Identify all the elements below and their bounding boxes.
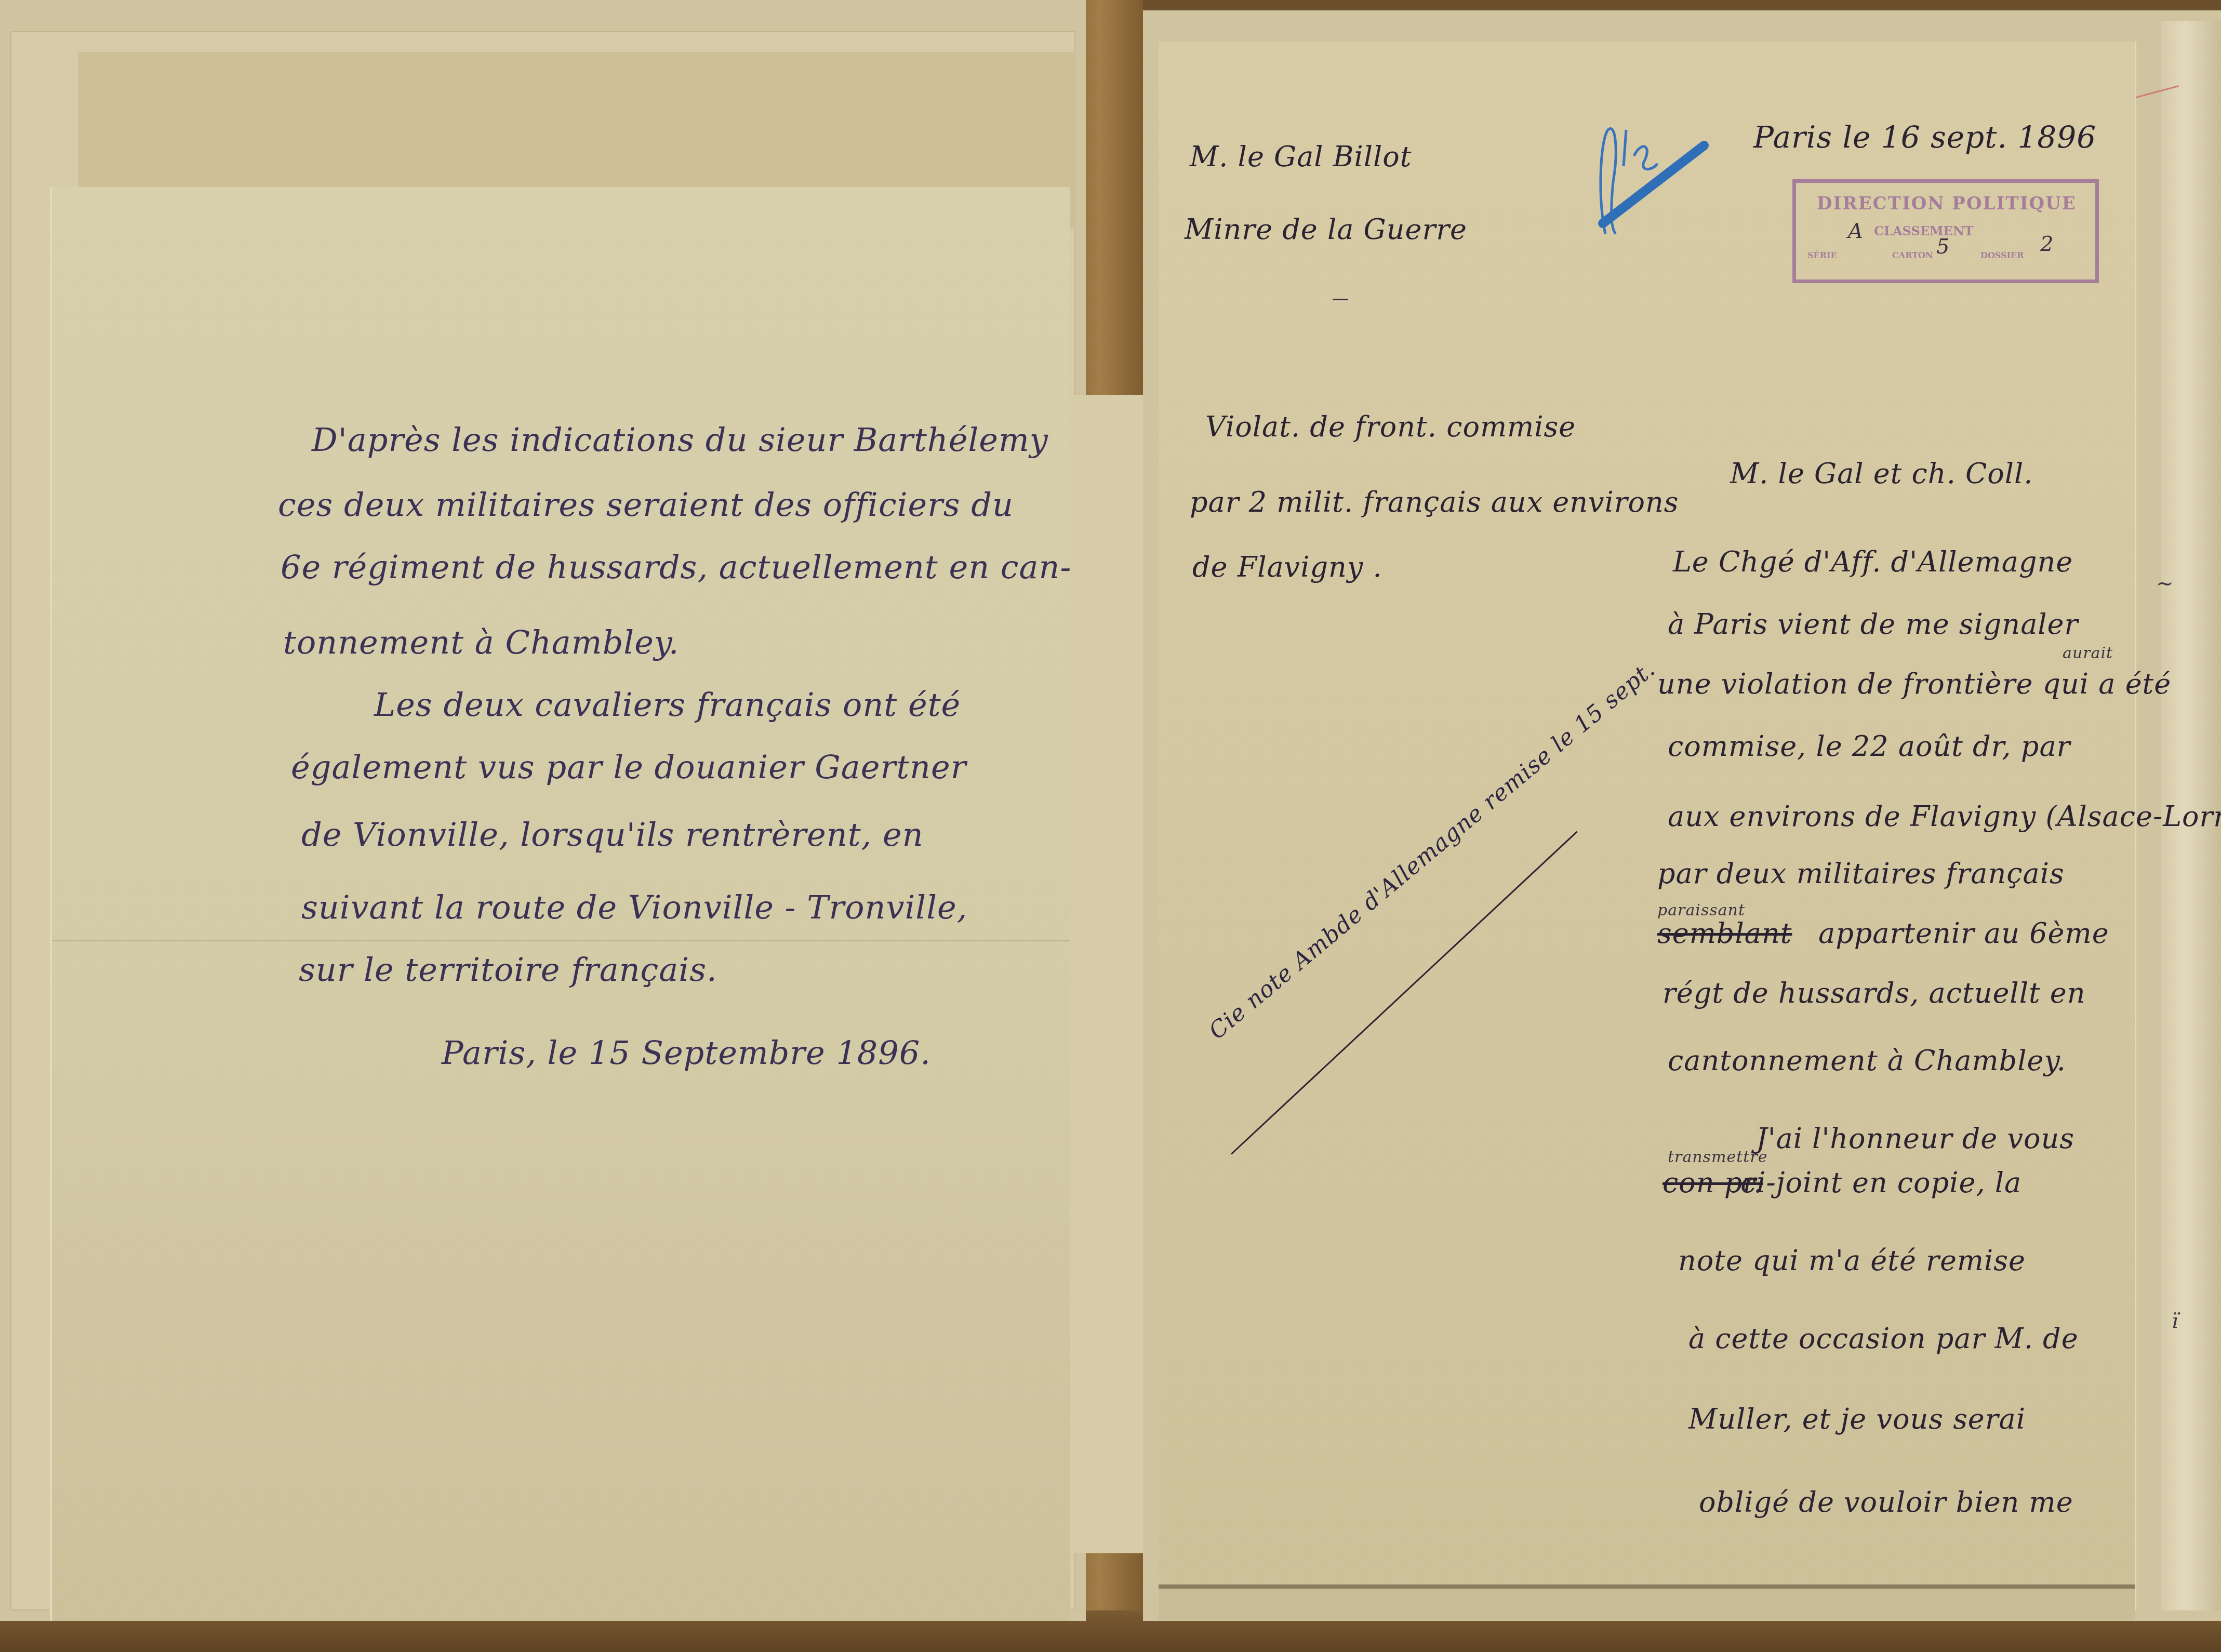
folder-insert-sheet <box>1060 395 1144 1553</box>
stamp-serie-label: SÉRIE <box>1807 250 1837 260</box>
body-line-12: note qui m'a été remise <box>1678 1244 2026 1277</box>
archive-photo: D'après les indications du sieur Barthél… <box>0 0 2221 1652</box>
left-letter-dateline: Paris, le 15 Septembre 1896. <box>442 1034 931 1072</box>
salutation: M. le Gal et ch. Coll. <box>1730 457 2033 490</box>
separator-dash <box>1333 299 1348 300</box>
stamp-serie-value: A <box>1848 219 1863 243</box>
body-line-7-rest: appartenir au 6ème <box>1818 917 2109 950</box>
insertion-aurait: aurait <box>2063 644 2113 662</box>
addressee-line-1: M. le Gal Billot <box>1190 140 1412 173</box>
margin-scribble: ~ <box>2156 571 2174 595</box>
subject-line-1: Violat. de front. commise <box>1205 410 1576 443</box>
left-letter-line-7: de Vionville, lorsqu'ils rentrèrent, en <box>301 816 924 854</box>
body-line-5: aux environs de Flavigny (Alsace-Lorrain… <box>1668 800 2221 833</box>
paper-fold-line <box>52 940 1070 941</box>
left-letter-line-1: D'après les indications du sieur Barthél… <box>312 421 1048 459</box>
body-line-10: J'ai l'honneur de vous <box>1756 1122 2074 1155</box>
left-letter-line-8: suivant la route de Vionville - Tronvill… <box>301 888 967 926</box>
body-line-13: à cette occasion par M. de <box>1688 1322 2079 1355</box>
body-line-3: une violation de frontière qui a été <box>1657 668 2171 700</box>
subject-line-2: par 2 milit. français aux environs <box>1190 486 1679 518</box>
stamp-carton-label: CARTON <box>1892 250 1933 260</box>
body-line-6: par deux militaires français <box>1657 857 2065 890</box>
stamp-dossier-label: DOSSIER <box>1980 250 2024 260</box>
subject-line-3: de Flavigny . <box>1192 551 1382 583</box>
body-line-2: à Paris vient de me signaler <box>1668 608 2078 641</box>
stamp-subtitle: CLASSEMENT <box>1874 223 1974 238</box>
stamp-carton-value: 5 <box>1936 235 1949 259</box>
stamp-title: DIRECTION POLITIQUE <box>1817 193 2077 214</box>
body-line-9: cantonnement à Chambley. <box>1668 1044 2066 1077</box>
body-line-4: commise, le 22 août dr, par <box>1668 730 2070 763</box>
margin-scribble: ï <box>2172 1309 2178 1333</box>
classification-stamp: DIRECTION POLITIQUE CLASSEMENT SÉRIE A C… <box>1792 179 2099 283</box>
body-line-15: obligé de vouloir bien me <box>1699 1486 2073 1518</box>
left-letter-line-4: tonnement à Chambley. <box>283 623 679 661</box>
right-folder-under-sheet <box>1159 1584 2135 1620</box>
body-line-7: semblant <box>1657 917 1792 950</box>
left-letter-line-5: Les deux cavaliers français ont été <box>374 686 961 724</box>
letter-date: Paris le 16 sept. 1896 <box>1753 119 2096 155</box>
body-line-11-rest: ci-joint en copie, la <box>1740 1166 2021 1199</box>
stamp-dossier-value: 2 <box>2040 232 2053 256</box>
left-letter-line-3: 6e régiment de hussards, actuellement en… <box>281 548 1071 586</box>
insertion-transmettre: transmettre <box>1668 1148 1767 1166</box>
body-line-1: Le Chgé d'Aff. d'Allemagne <box>1673 545 2073 578</box>
body-line-14: Muller, et je vous serai <box>1688 1403 2026 1435</box>
body-line-8: régt de hussards, actuellt en <box>1663 977 2086 1009</box>
left-letter-line-9: sur le territoire français. <box>299 951 717 989</box>
left-letter-line-2: ces deux militaires seraient des officie… <box>278 486 1014 524</box>
blue-pencil-file-mark-icon <box>1595 119 1720 239</box>
addressee-line-2: Minre de la Guerre <box>1185 213 1467 246</box>
left-letter-line-6: également vus par le douanier Gaertner <box>291 748 966 786</box>
struck-word: semblant <box>1657 917 1792 950</box>
